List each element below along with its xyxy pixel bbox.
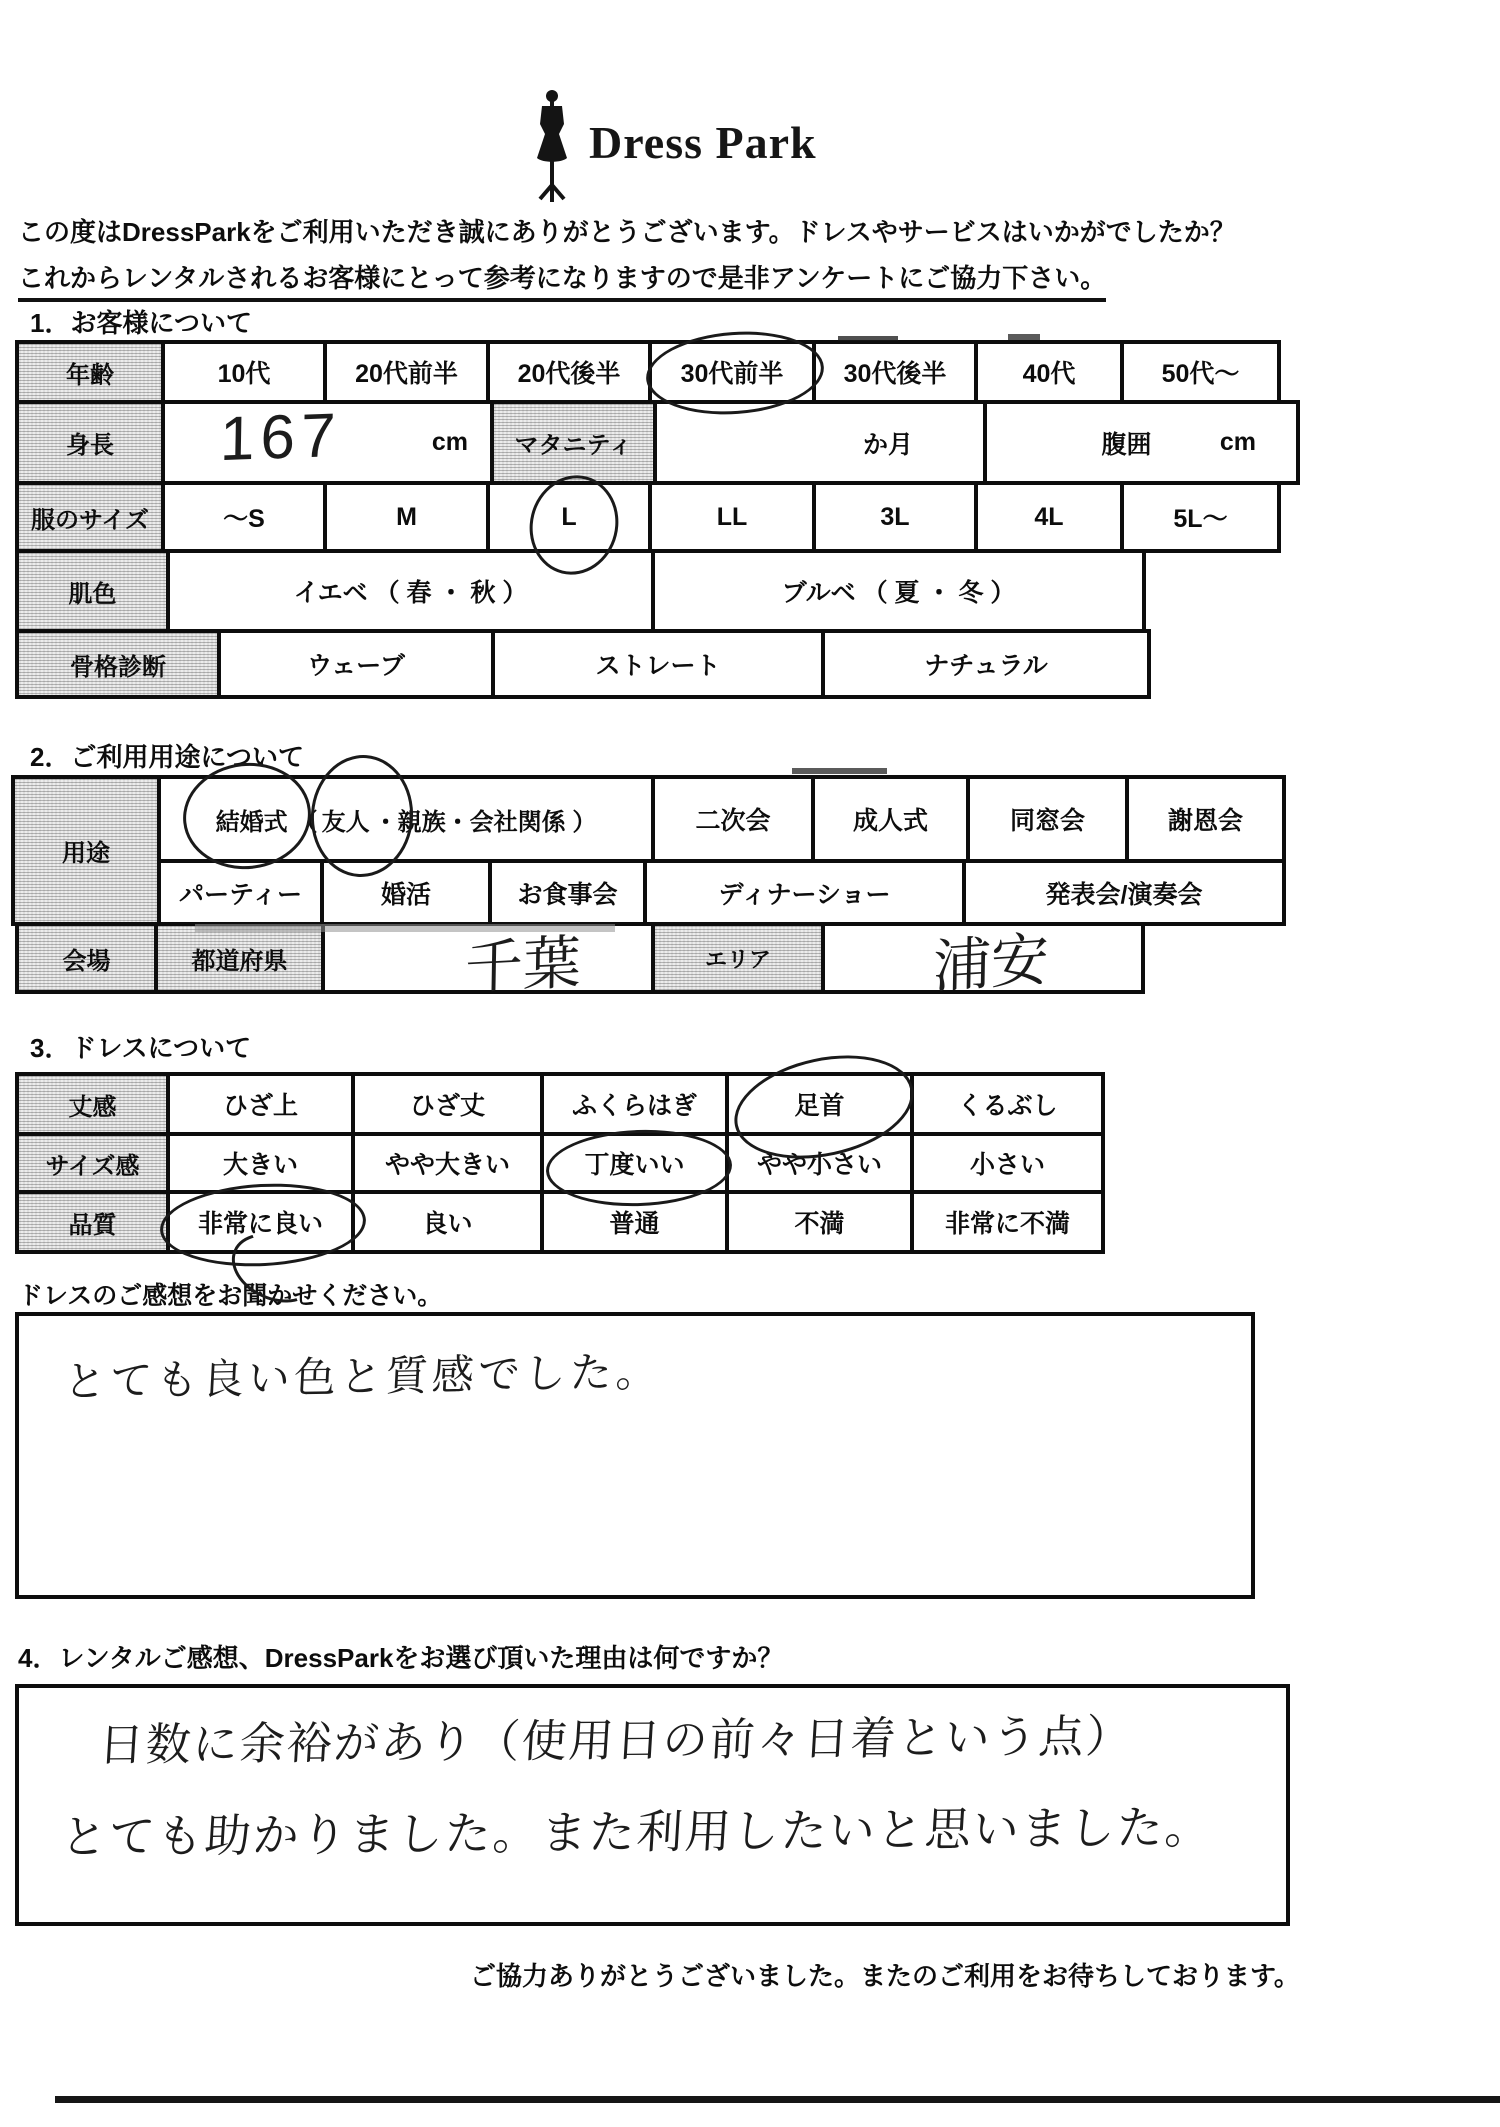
size-option-3l: 3L: [812, 481, 978, 553]
area-label-cell: エリア: [651, 922, 825, 994]
fit-option-label: 丁度いい: [584, 1145, 684, 1181]
logo: Dress Park: [525, 88, 817, 209]
usage-option-coming-of-age: 成人式: [811, 775, 970, 863]
skin-option-yellow-base: イエベ （ 春 ・ 秋 ）: [166, 549, 655, 633]
scan-bottom-line: [55, 2096, 1500, 2103]
area-handwritten-value: 浦安: [932, 912, 1049, 1004]
section3-heading: 3．ドレスについて: [30, 1028, 251, 1065]
fit-option-slightly-large: やや大きい: [351, 1132, 544, 1194]
wedding-rest-label: ・親族・会社関係 ）: [374, 802, 597, 837]
waist-label: 腹囲: [1101, 425, 1151, 461]
quality-option-very-unsatisfied: 非常に不満: [910, 1190, 1105, 1254]
survey-page: Dress Park この度はDressParkをご利用いただき誠にありがとうご…: [0, 0, 1500, 2127]
usage-option-thanks-party: 謝恩会: [1125, 775, 1286, 863]
usage-rows: 用途 結婚式 （ 友人 ・親族・会社関係 ） 二次会 成人式 同窓会 謝恩会: [15, 775, 1286, 926]
age-option-40s: 40代: [974, 340, 1124, 404]
frame-option-natural: ナチュラル: [821, 629, 1151, 699]
usage-row2: パーティー 婚活 お食事会 ディナーショー 発表会/演奏会: [157, 859, 1286, 926]
size-option-4l: 4L: [974, 481, 1124, 553]
section2-heading: 2．ご利用用途について: [30, 737, 304, 774]
length-row: 丈感 ひざ上 ひざ丈 ふくらはぎ 足首 くるぶし: [15, 1072, 1105, 1136]
months-cell: か月: [653, 400, 987, 485]
usage-table: 用途 結婚式 （ 友人 ・親族・会社関係 ） 二次会 成人式 同窓会 謝恩会: [15, 775, 1286, 994]
reason-box: 日数に余裕があり（使用日の前々日着という点） とても助かりました。また利用したい…: [15, 1684, 1290, 1926]
length-option-knee: ひざ丈: [351, 1072, 544, 1136]
fit-option-small: 小さい: [910, 1132, 1105, 1194]
waist-cell: 腹囲 cm: [983, 400, 1300, 485]
usage-option-wedding-selected: 結婚式 （ 友人 ・親族・会社関係 ）: [157, 775, 655, 863]
quality-option-very-good-selected: 非常に良い: [166, 1190, 355, 1254]
customer-table: 年齢 10代 20代前半 20代後半 30代前半 30代後半 40代 50代～ …: [15, 340, 1300, 699]
feedback-box: とても良い色と質感でした。: [15, 1312, 1255, 1599]
fit-option-large: 大きい: [166, 1132, 355, 1194]
length-option-calf: ふくらはぎ: [540, 1072, 729, 1136]
height-row-header: 身長: [15, 400, 165, 485]
quality-row-header: 品質: [15, 1190, 170, 1254]
usage-row1: 結婚式 （ 友人 ・親族・会社関係 ） 二次会 成人式 同窓会 謝恩会: [157, 775, 1286, 863]
height-value-cell: 167 cm: [161, 400, 494, 485]
reason-handwritten-line1: 日数に余裕があり（使用日の前々日着という点）: [97, 1699, 1135, 1773]
frame-row-header: 骨格診断: [15, 629, 221, 699]
quality-option-unsatisfied: 不満: [725, 1190, 914, 1254]
section4-heading: 4．レンタルご感想、DressParkをお選び頂いた理由は何ですか？: [18, 1638, 783, 1675]
dress-form-icon: [525, 88, 579, 209]
waist-unit-label: cm: [1220, 428, 1256, 457]
quality-option-good: 良い: [351, 1190, 544, 1254]
brand-name: Dress Park: [589, 116, 817, 169]
reason-handwritten-line2: とても助かりました。また利用したいと思いました。: [59, 1791, 1215, 1867]
scan-speck: [838, 336, 898, 341]
length-option-label: 足首: [794, 1086, 844, 1122]
age-row: 年齢 10代 20代前半 20代後半 30代前半 30代後半 40代 50代～: [15, 340, 1300, 404]
usage-options: 結婚式 （ 友人 ・親族・会社関係 ） 二次会 成人式 同窓会 謝恩会 パーティ…: [157, 775, 1286, 926]
size-option-l-selected: L: [486, 481, 652, 553]
wedding-label: 結婚式: [216, 802, 288, 837]
length-row-header: 丈感: [15, 1072, 170, 1136]
wedding-paren: （: [294, 802, 318, 837]
size-row-header: 服のサイズ: [15, 481, 165, 553]
age-option-label: 30代前半: [681, 354, 784, 390]
fit-option-just-right-selected: 丁度いい: [540, 1132, 729, 1194]
frame-option-straight: ストレート: [491, 629, 825, 699]
dress-table: 丈感 ひざ上 ひざ丈 ふくらはぎ 足首 くるぶし サイズ感 大きい やや大きい …: [15, 1072, 1105, 1254]
height-handwritten-value: 167: [219, 400, 342, 475]
fit-row-header: サイズ感: [15, 1132, 170, 1194]
fit-row: サイズ感 大きい やや大きい 丁度いい やや小さい 小さい: [15, 1132, 1105, 1194]
frame-row: 骨格診断 ウェーブ ストレート ナチュラル: [15, 629, 1300, 699]
age-option-late20s: 20代後半: [486, 340, 652, 404]
fit-option-slightly-small: やや小さい: [725, 1132, 914, 1194]
usage-option-dinnershow: ディナーショー: [643, 859, 966, 926]
frame-option-wave: ウェーブ: [217, 629, 495, 699]
size-option-ll: LL: [648, 481, 816, 553]
venue-header: 会場: [15, 922, 158, 994]
usage-option-afterparty: 二次会: [651, 775, 815, 863]
length-option-ankle-selected: 足首: [725, 1072, 914, 1136]
size-option-m: M: [323, 481, 490, 553]
size-option-label: L: [561, 503, 576, 532]
age-option-10s: 10代: [161, 340, 327, 404]
usage-option-party: パーティー: [157, 859, 324, 926]
quality-option-normal: 普通: [540, 1190, 729, 1254]
section1-heading: 1．お客様について: [30, 303, 252, 340]
length-option-above-knee: ひざ上: [166, 1072, 355, 1136]
age-option-early30s-selected: 30代前半: [648, 340, 816, 404]
usage-option-konkatsu: 婚活: [320, 859, 492, 926]
length-option-anklebone: くるぶし: [910, 1072, 1105, 1136]
size-row: 服のサイズ ～S M L LL 3L 4L 5L～: [15, 481, 1300, 553]
prefecture-label-cell: 都道府県: [154, 922, 325, 994]
scan-speck: [1008, 334, 1040, 340]
intro-line2: これからレンタルされるお客様にとって参考になりますので是非アンケートにご協力下さ…: [18, 258, 1106, 302]
age-option-50s: 50代～: [1120, 340, 1281, 404]
quality-row: 品質 非常に良い 良い 普通 不満 非常に不満: [15, 1190, 1105, 1254]
prefecture-handwritten-value: 千葉: [464, 915, 581, 1005]
size-option-5l: 5L～: [1120, 481, 1281, 553]
feedback-label: ドレスのご感想をお聞かせください。: [18, 1276, 442, 1312]
area-value-cell: 浦安: [821, 922, 1145, 994]
intro-line1: この度はDressParkをご利用いただき誠にありがとうございます。ドレスやサー…: [18, 212, 1236, 249]
wedding-friend-label: 友人: [322, 802, 370, 837]
size-option-s: ～S: [161, 481, 327, 553]
prefecture-value-cell: 千葉: [321, 922, 655, 994]
height-unit-label: cm: [432, 428, 468, 457]
usage-option-reunion: 同窓会: [966, 775, 1129, 863]
scan-speck: [792, 768, 887, 774]
footer-thanks: ご協力ありがとうございました。またのご利用をお待ちしております。: [470, 1956, 1300, 1993]
maternity-cell: マタニティ: [490, 400, 657, 485]
quality-option-label: 非常に良い: [198, 1204, 323, 1240]
usage-header: 用途: [11, 775, 161, 926]
age-option-late30s: 30代後半: [812, 340, 978, 404]
skin-row-header: 肌色: [15, 549, 170, 633]
feedback-handwritten-text: とても良い色と質感でした。: [62, 1339, 663, 1410]
age-row-header: 年齢: [15, 340, 165, 404]
skin-row: 肌色 イエベ （ 春 ・ 秋 ） ブルベ （ 夏 ・ 冬 ）: [15, 549, 1300, 633]
height-row: 身長 167 cm マタニティ か月 腹囲 cm: [15, 400, 1300, 485]
venue-row: 会場 都道府県 千葉 エリア 浦安: [15, 922, 1286, 994]
skin-option-blue-base: ブルベ （ 夏 ・ 冬 ）: [651, 549, 1146, 633]
age-option-early20s: 20代前半: [323, 340, 490, 404]
